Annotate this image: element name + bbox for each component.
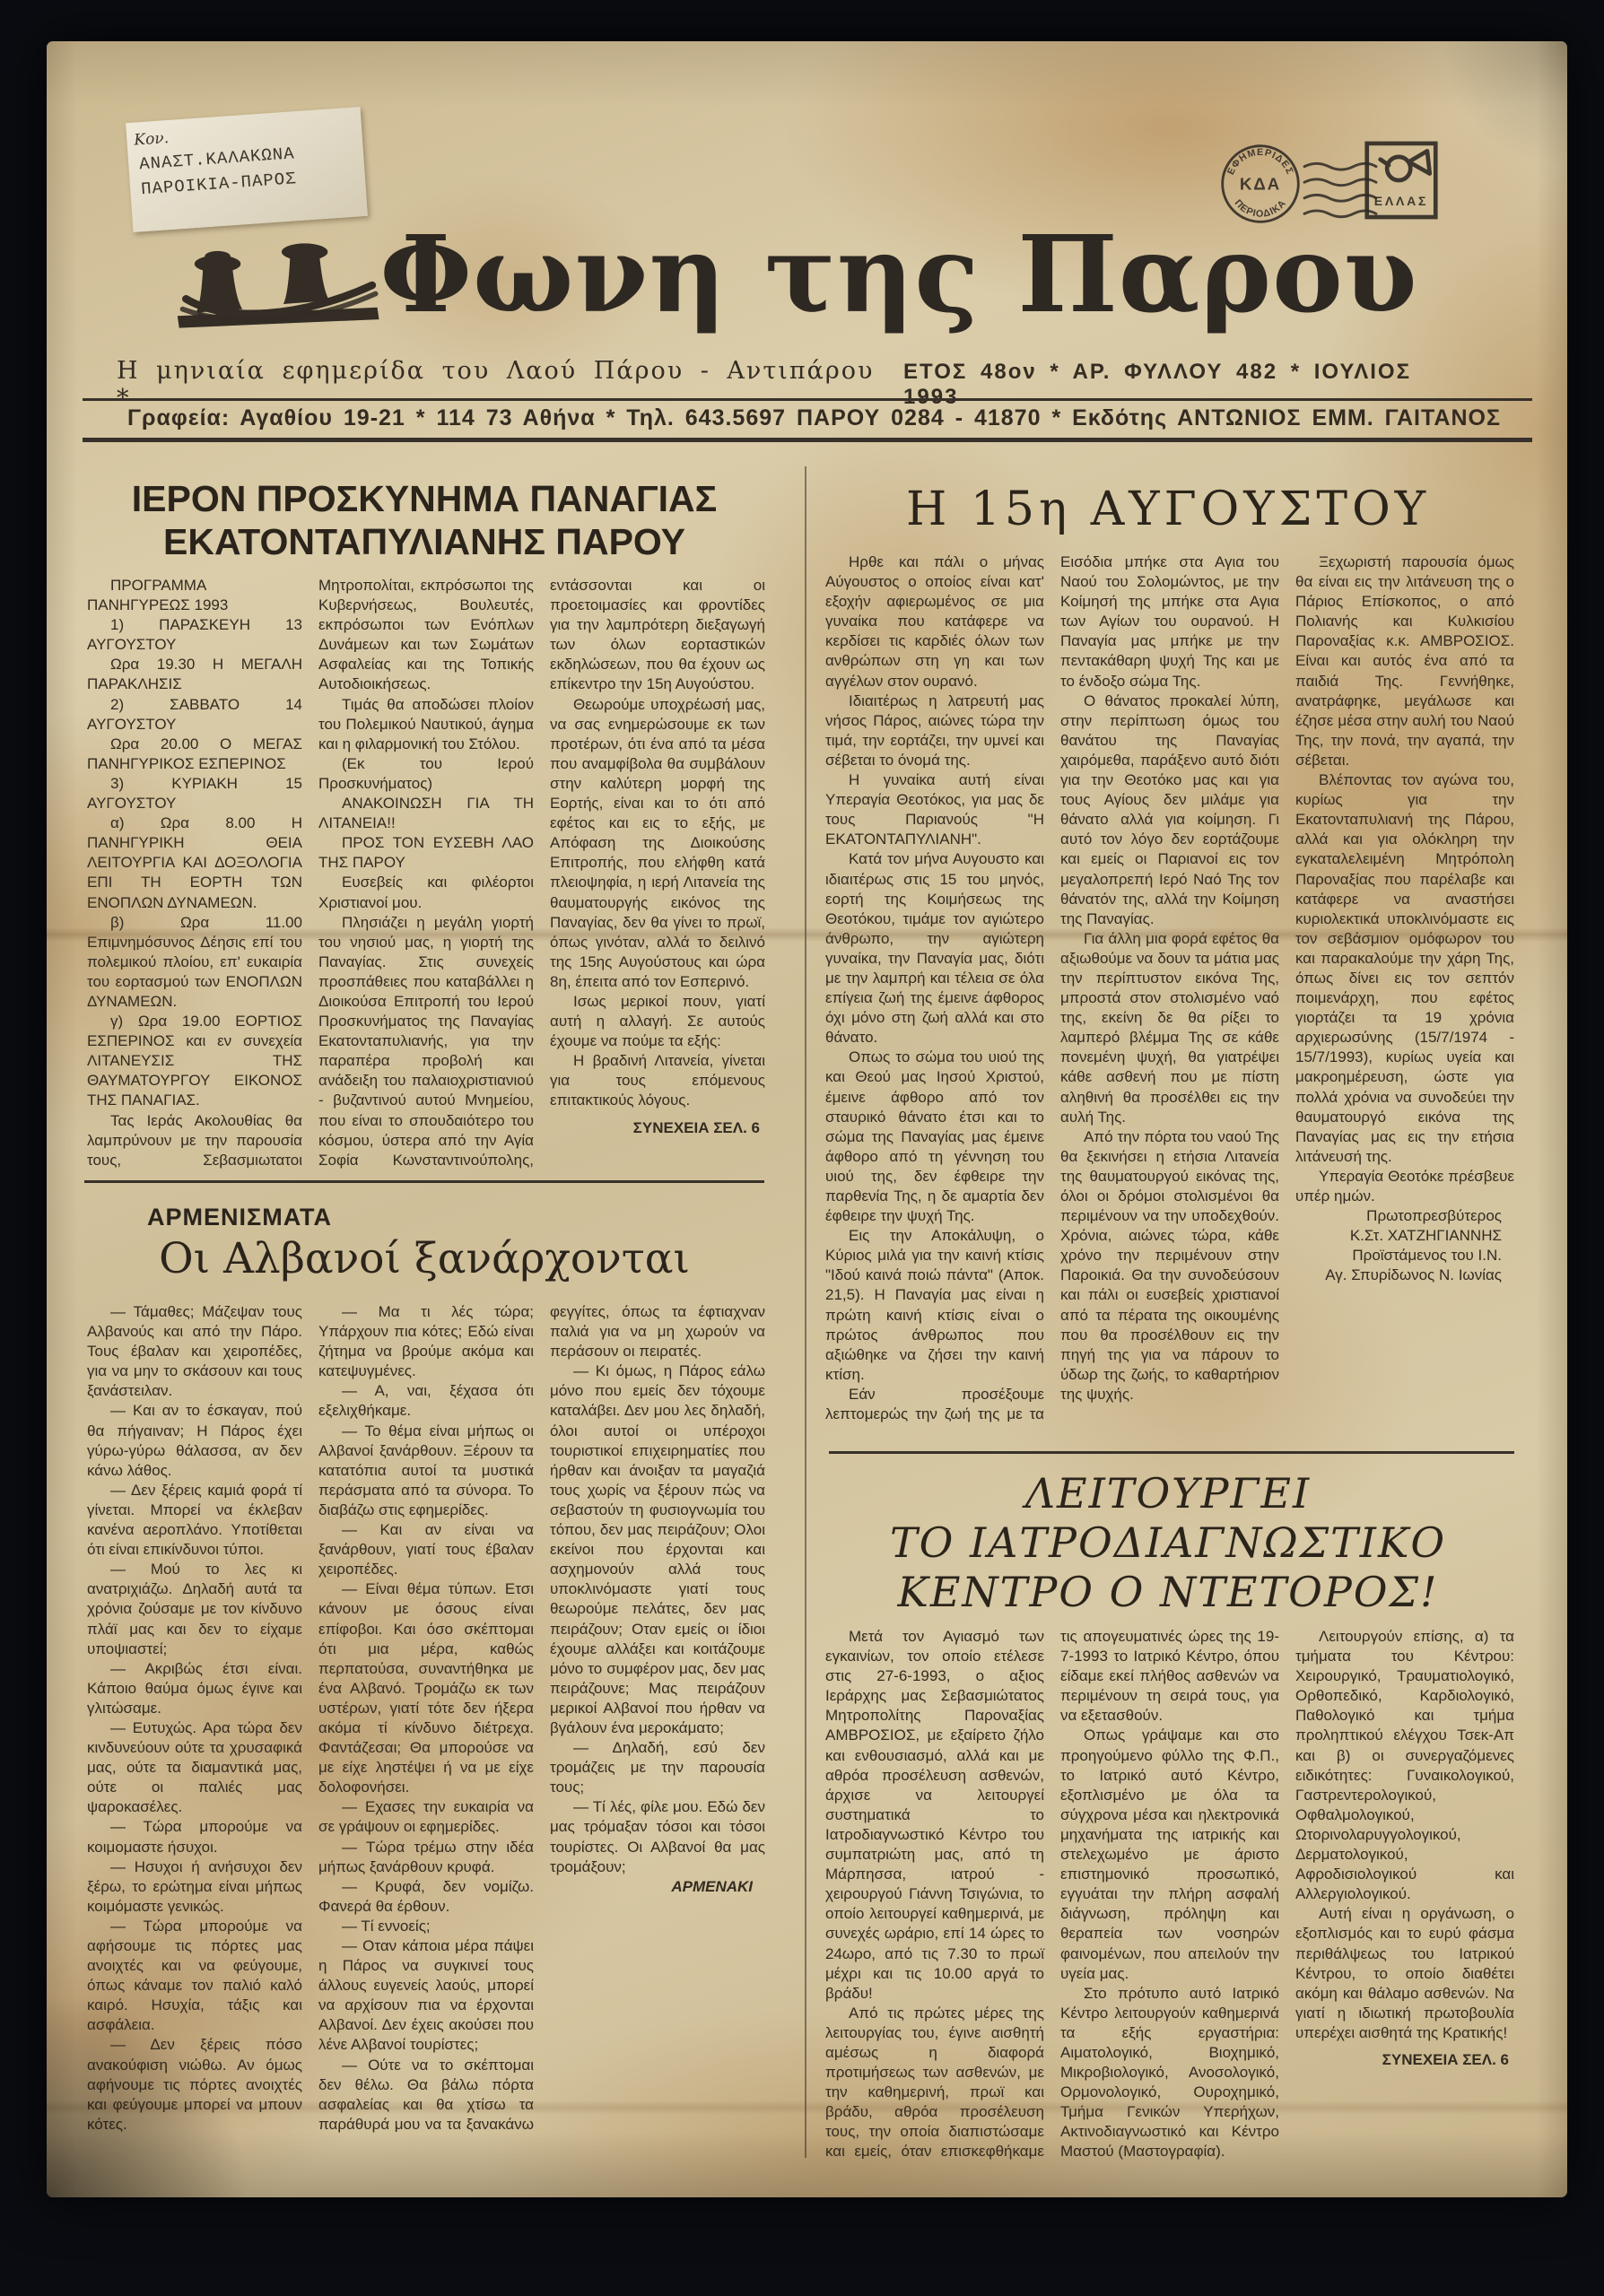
circular-postmark-icon: ΕΦΗΜΕΡΙΔΕΣ ΠΕΡΙΟΔΙΚΑ ΚΔΑ <box>1218 142 1303 226</box>
paragraph: Ωρα 20.00 Ο ΜΕΓΑΣ ΠΑΝΗΓΥΡΙΚΟΣ ΕΣΠΕΡΙΝΟΣ <box>87 735 302 774</box>
paragraph: — Μού το λες κι ανατριχιάζω. Δηλαδή αυτά… <box>87 1560 302 1658</box>
paragraph: ΑΝΑΚΟΙΝΩΣΗ ΓΙΑ ΤΗ ΛΙΤΑΝΕΙΑ!! <box>318 794 534 833</box>
paragraph: Η βραδινή Λιτανεία, γίνεται για τους επό… <box>550 1051 765 1110</box>
paragraph: — Οταν κάποια μέρα πάψει η Πάρος να συγκ… <box>318 1936 534 2056</box>
paragraph: Ωρα 19.30 Η ΜΕΓΑΛΗ ΠΑΡΑΚΛΗΣΙΣ <box>87 655 302 694</box>
paragraph: Τιμάς θα αποδώσει πλοίον του Πολεμικού Ν… <box>318 695 534 754</box>
left-section-divider <box>84 1180 764 1183</box>
paragraph: Κατά τον μήνα Αυγουστο και ιδιαιτέρως στ… <box>825 849 1044 1048</box>
paragraph: 2) ΣΑΒΒΑΤΟ 14 ΑΥΓΟΥΣΤΟΥ <box>87 695 302 735</box>
paragraph: Αυτή είναι η οργάνωση, ο εξοπλισμός και … <box>1295 1904 1514 2043</box>
paragraph: — Είναι θέμα τύπων. Ετσι κάνουν με όσους… <box>318 1579 534 1797</box>
paragraph: — Τί λές, φίλε μου. Εδώ δεν μας τρόμαξαν… <box>550 1797 765 1876</box>
paragraph: β) Ωρα 11.00 Επιμνημόσυνος Δέησις επί το… <box>87 913 302 1012</box>
paragraph: — Τώρα τρέμω στην ιδέα μήπως ξανάρθουν κ… <box>318 1838 534 1877</box>
paragraph: Προϊστάμενος του Ι.Ν. <box>1295 1246 1514 1265</box>
paragraph: ΠΡΟΣ ΤΟΝ ΕΥΣΕΒΗ ΛΑΟ ΤΗΣ ΠΑΡΟΥ <box>318 833 534 873</box>
paragraph: — Κι όμως, η Πάρος εάλω μόνο που εμείς δ… <box>550 1361 765 1738</box>
paragraph: Ευσεβείς και φιλέορτοι Χριστιανοί μου. <box>318 873 534 912</box>
paragraph: Για άλλη μια φορά εφέτος θα αξιωθούμε να… <box>1060 929 1279 1127</box>
postmark-center-text: ΚΔΑ <box>1240 175 1281 194</box>
paragraph: 1) ΠΑΡΑΣΚΕΥΗ 13 ΑΥΓΟΥΣΤΟΥ <box>87 615 302 655</box>
paragraph: — Κρυφά, δεν νομίζω. Φανερά θα έρθουν. <box>318 1877 534 1917</box>
armenismata-kicker: ΑΡΜΕΝΙΣΜΑΤΑ <box>147 1204 332 1231</box>
newspaper-title: Φωνη της Παρου <box>361 208 1437 341</box>
paragraph: — Μα τι λές τώρα; Υπάρχουν πια κότες; Εδ… <box>318 1302 534 1381</box>
svg-text:ΕΦΗΜΕΡΙΔΕΣ: ΕΦΗΜΕΡΙΔΕΣ <box>1225 147 1295 177</box>
paragraph: Λειτουργούν επίσης, α) τα τμήματα του Κέ… <box>1295 1627 1514 1904</box>
article-medical-title-line3: ΚΕΝΤΡΟ Ο ΝΤΕΤΟΡΟΣ! <box>823 1568 1513 1617</box>
paragraph: Ξεχωριστή παρουσία όμως θα είναι εις την… <box>1295 552 1514 770</box>
paragraph: Ιδιαιτέρως η λατρευτή μας νήσος Πάρος, α… <box>825 691 1044 770</box>
article-panagia-body: ΠΡΟΓΡΑΜΜΑ ΠΑΝΗΓΥΡΕΩΣ 19931) ΠΑΡΑΣΚΕΥΗ 13… <box>87 576 765 1171</box>
paragraph: — Δεν ξέρεις πόσο ανακούφιση νιώθω. Αν ό… <box>87 2035 302 2134</box>
article-medical-title: ΛΕΙΤΟΥΡΓΕΙ ΤΟ ΙΑΤΡΟΔΙΑΓΝΩΣΤΙΚΟ ΚΕΝΤΡΟ Ο … <box>823 1469 1513 1618</box>
postmark-top-text: ΕΦΗΜΕΡΙΔΕΣ <box>1225 147 1295 177</box>
paragraph: — Τί εννοείς; <box>318 1917 534 1936</box>
paragraph: Κ.Στ. ΧΑΤΖΗΓΙΑΝΝΗΣ <box>1295 1226 1514 1246</box>
article-medical-title-line1: ΛΕΙΤΟΥΡΓΕΙ <box>823 1469 1513 1518</box>
paragraph: — Τάμαθες; Μάζεψαν τους Αλβανούς και από… <box>87 1302 302 1401</box>
article-albanians-title: Οι Αλβανοί ξανάρχονται <box>84 1234 764 1283</box>
article-medical-body: Μετά τον Αγιασμό των εγκαινίων, τον οποί… <box>825 1627 1514 2165</box>
paragraph: Από την πόρτα του ναού Της θα ξεκινήσει … <box>1060 1127 1279 1405</box>
paragraph: Θεωρούμε υποχρέωσή μας, να σας ενημερώσο… <box>550 695 765 992</box>
issue-info: ΕΤΟΣ 48ον * ΑΡ. ΦΥΛΛΟΥ 482 * ΙΟΥΛΙΟΣ 199… <box>903 360 1478 410</box>
paragraph: γ) Ωρα 19.00 ΕΟΡΤΙΟΣ ΕΣΠΕΡΙΝΟΣ και εν συ… <box>87 1012 302 1110</box>
paragraph: Υπεραγία Θεοτόκε πρέσβευε υπέρ ημών. <box>1295 1167 1514 1206</box>
paragraph: — Τώρα μπορούμε να κοιμομαστε ήσυχοι. <box>87 1817 302 1857</box>
article-panagia-title: ΙΕΡΟΝ ΠΡΟΣΚΥΝΗΜΑ ΠΑΝΑΓΙΑΣ ΕΚΑΤΟΝΤΑΠΥΛΙΑΝ… <box>84 477 764 564</box>
paragraph: Οπως γράψαμε και στο προηγούμενο φύλλο τ… <box>1060 1726 1279 1983</box>
article-medical-title-line2: ΤΟ ΙΑΤΡΟΔΙΑΓΝΩΣΤΙΚΟ <box>823 1518 1513 1568</box>
newspaper-page: Κον. ΑΝΑΣΤ.ΚΑΛΑΚΩΝΑ ΠΑΡΟΙΚΙΑ-ΠΑΡΟΣ Φωνη … <box>47 41 1567 2197</box>
paragraph: Πρωτοπρεσβύτερος <box>1295 1206 1514 1226</box>
paragraph: ΠΡΟΓΡΑΜΜΑ ΠΑΝΗΓΥΡΕΩΣ 1993 <box>87 576 302 615</box>
paragraph: — Δεν ξέρεις καμιά φορά τί γίνεται. Μπορ… <box>87 1481 302 1560</box>
contact-info-line: Γραφεία: Αγαθίου 19-21 * 114 73 Αθήνα * … <box>127 405 1482 431</box>
postage-stamp-hellas-icon: ΕΛΛΑΣ <box>1364 140 1439 221</box>
header-rule-bottom <box>83 438 1532 442</box>
header-rule-top <box>83 398 1532 401</box>
paragraph: — Εχασες την ευκαιρία να σε γράψουν οι ε… <box>318 1797 534 1837</box>
paragraph: Ισως μερικοί πουν, γιατί αυτή η αλλαγή. … <box>550 992 765 1051</box>
paragraph: — Και αν το έσκαγαν, πού θα πήγαιναν; Η … <box>87 1401 302 1480</box>
article-panagia-title-line1: ΙΕΡΟΝ ΠΡΟΣΚΥΝΗΜΑ ΠΑΝΑΓΙΑΣ <box>84 477 764 520</box>
paragraph: — Τώρα μπορούμε να αφήσουμε τις πόρτες μ… <box>87 1917 302 2036</box>
paragraph: Μετά τον Αγιασμό των εγκαινίων, τον οποί… <box>825 1627 1044 2004</box>
paragraph: Η γυναίκα αυτή είναι Υπεραγία Θεοτόκος, … <box>825 770 1044 849</box>
paragraph: — Ησυχοι ή ανήσυχοι δεν ξέρω, το ερώτημα… <box>87 1857 302 1917</box>
paragraph: (Εκ του Ιερού Προσκυνήματος) <box>318 754 534 794</box>
paragraph: ΣΥΝΕΧΕΙΑ ΣΕΛ. 6 <box>550 1118 765 1138</box>
paragraph: Στο πρότυπο αυτό Ιατρικό Κέντρο λειτουργ… <box>1060 1984 1279 2162</box>
paragraph: — Και αν είναι να ξανάρθουν, γιατί τους … <box>318 1520 534 1579</box>
stamp-country-text: ΕΛΛΑΣ <box>1374 194 1429 208</box>
paragraph: Ο θάνατος προκαλεί λύπη, στην περίπτωση … <box>1060 691 1279 929</box>
paragraph: ΑΡΜΕΝΑΚΙ <box>550 1877 765 1897</box>
paragraph: — Ακριβώς έτσι είναι. Κάποιο θαύμα όμως … <box>87 1659 302 1718</box>
paragraph: Αγ. Σπυρίδωνος Ν. Ιωνίας <box>1295 1265 1514 1285</box>
paragraph: Βλέποντας τον αγώνα του, κυρίως για την … <box>1295 770 1514 1167</box>
center-column-divider <box>805 466 806 2158</box>
paragraph: Εις την Αποκάλυψη, ο Κύριος μιλά για την… <box>825 1226 1044 1385</box>
paragraph: — Δηλαδή, εσύ δεν τρομάζεις με την παρου… <box>550 1738 765 1797</box>
article-august15-title: Η 15η ΑΥΓΟΥΣΤΟΥ <box>823 483 1513 536</box>
right-section-divider <box>829 1451 1514 1454</box>
paragraph: — Το θέμα είναι μήπως οι Αλβανοί ξανάρθο… <box>318 1422 534 1520</box>
paragraph: — Ευτυχώς. Αρα τώρα δεν κινδυνεύουν ούτε… <box>87 1718 302 1817</box>
newspaper-subtitle: Η μηνιαία εφημερίδα του Λαού Πάρου - Αντ… <box>117 357 903 413</box>
paragraph: α) Ωρα 8.00 Η ΠΑΝΗΓΥΡΙΚΗ ΘΕΙΑ ΛΕΙΤΟΥΡΓΙΑ… <box>87 813 302 912</box>
scanned-newspaper-photo: { "colors": {"paper": "#d3c29c", "ink": … <box>0 0 1604 2296</box>
article-august15-body: Ηρθε και πάλι ο μήνας Αύγουστος ο οποίος… <box>825 552 1514 1428</box>
paragraph: 3) ΚΥΡΙΑΚΗ 15 ΑΥΓΟΥΣΤΟΥ <box>87 774 302 813</box>
mooring-bollards-logo-icon <box>174 240 388 330</box>
paragraph: Ηρθε και πάλι ο μήνας Αύγουστος ο οποίος… <box>825 552 1044 691</box>
mailing-address-label: Κον. ΑΝΑΣΤ.ΚΑΛΑΚΩΝΑ ΠΑΡΟΙΚΙΑ-ΠΑΡΟΣ <box>126 107 368 232</box>
masthead-info-row: Η μηνιαία εφημερίδα του Λαού Πάρου - Αντ… <box>117 357 1478 413</box>
article-panagia-title-line2: ΕΚΑΤΟΝΤΑΠΥΛΙΑΝΗΣ ΠΑΡΟΥ <box>84 520 764 563</box>
paragraph: Οπως το σώμα του υιού της και Θεού μας Ι… <box>825 1048 1044 1226</box>
paragraph: ΣΥΝΕΧΕΙΑ ΣΕΛ. 6 <box>1295 2050 1514 2070</box>
paragraph: — Α, ναι, ξέχασα ότι εξελιχθήκαμε. <box>318 1381 534 1421</box>
article-albanians-body: — Τάμαθες; Μάζεψαν τους Αλβανούς και από… <box>87 1302 765 2138</box>
